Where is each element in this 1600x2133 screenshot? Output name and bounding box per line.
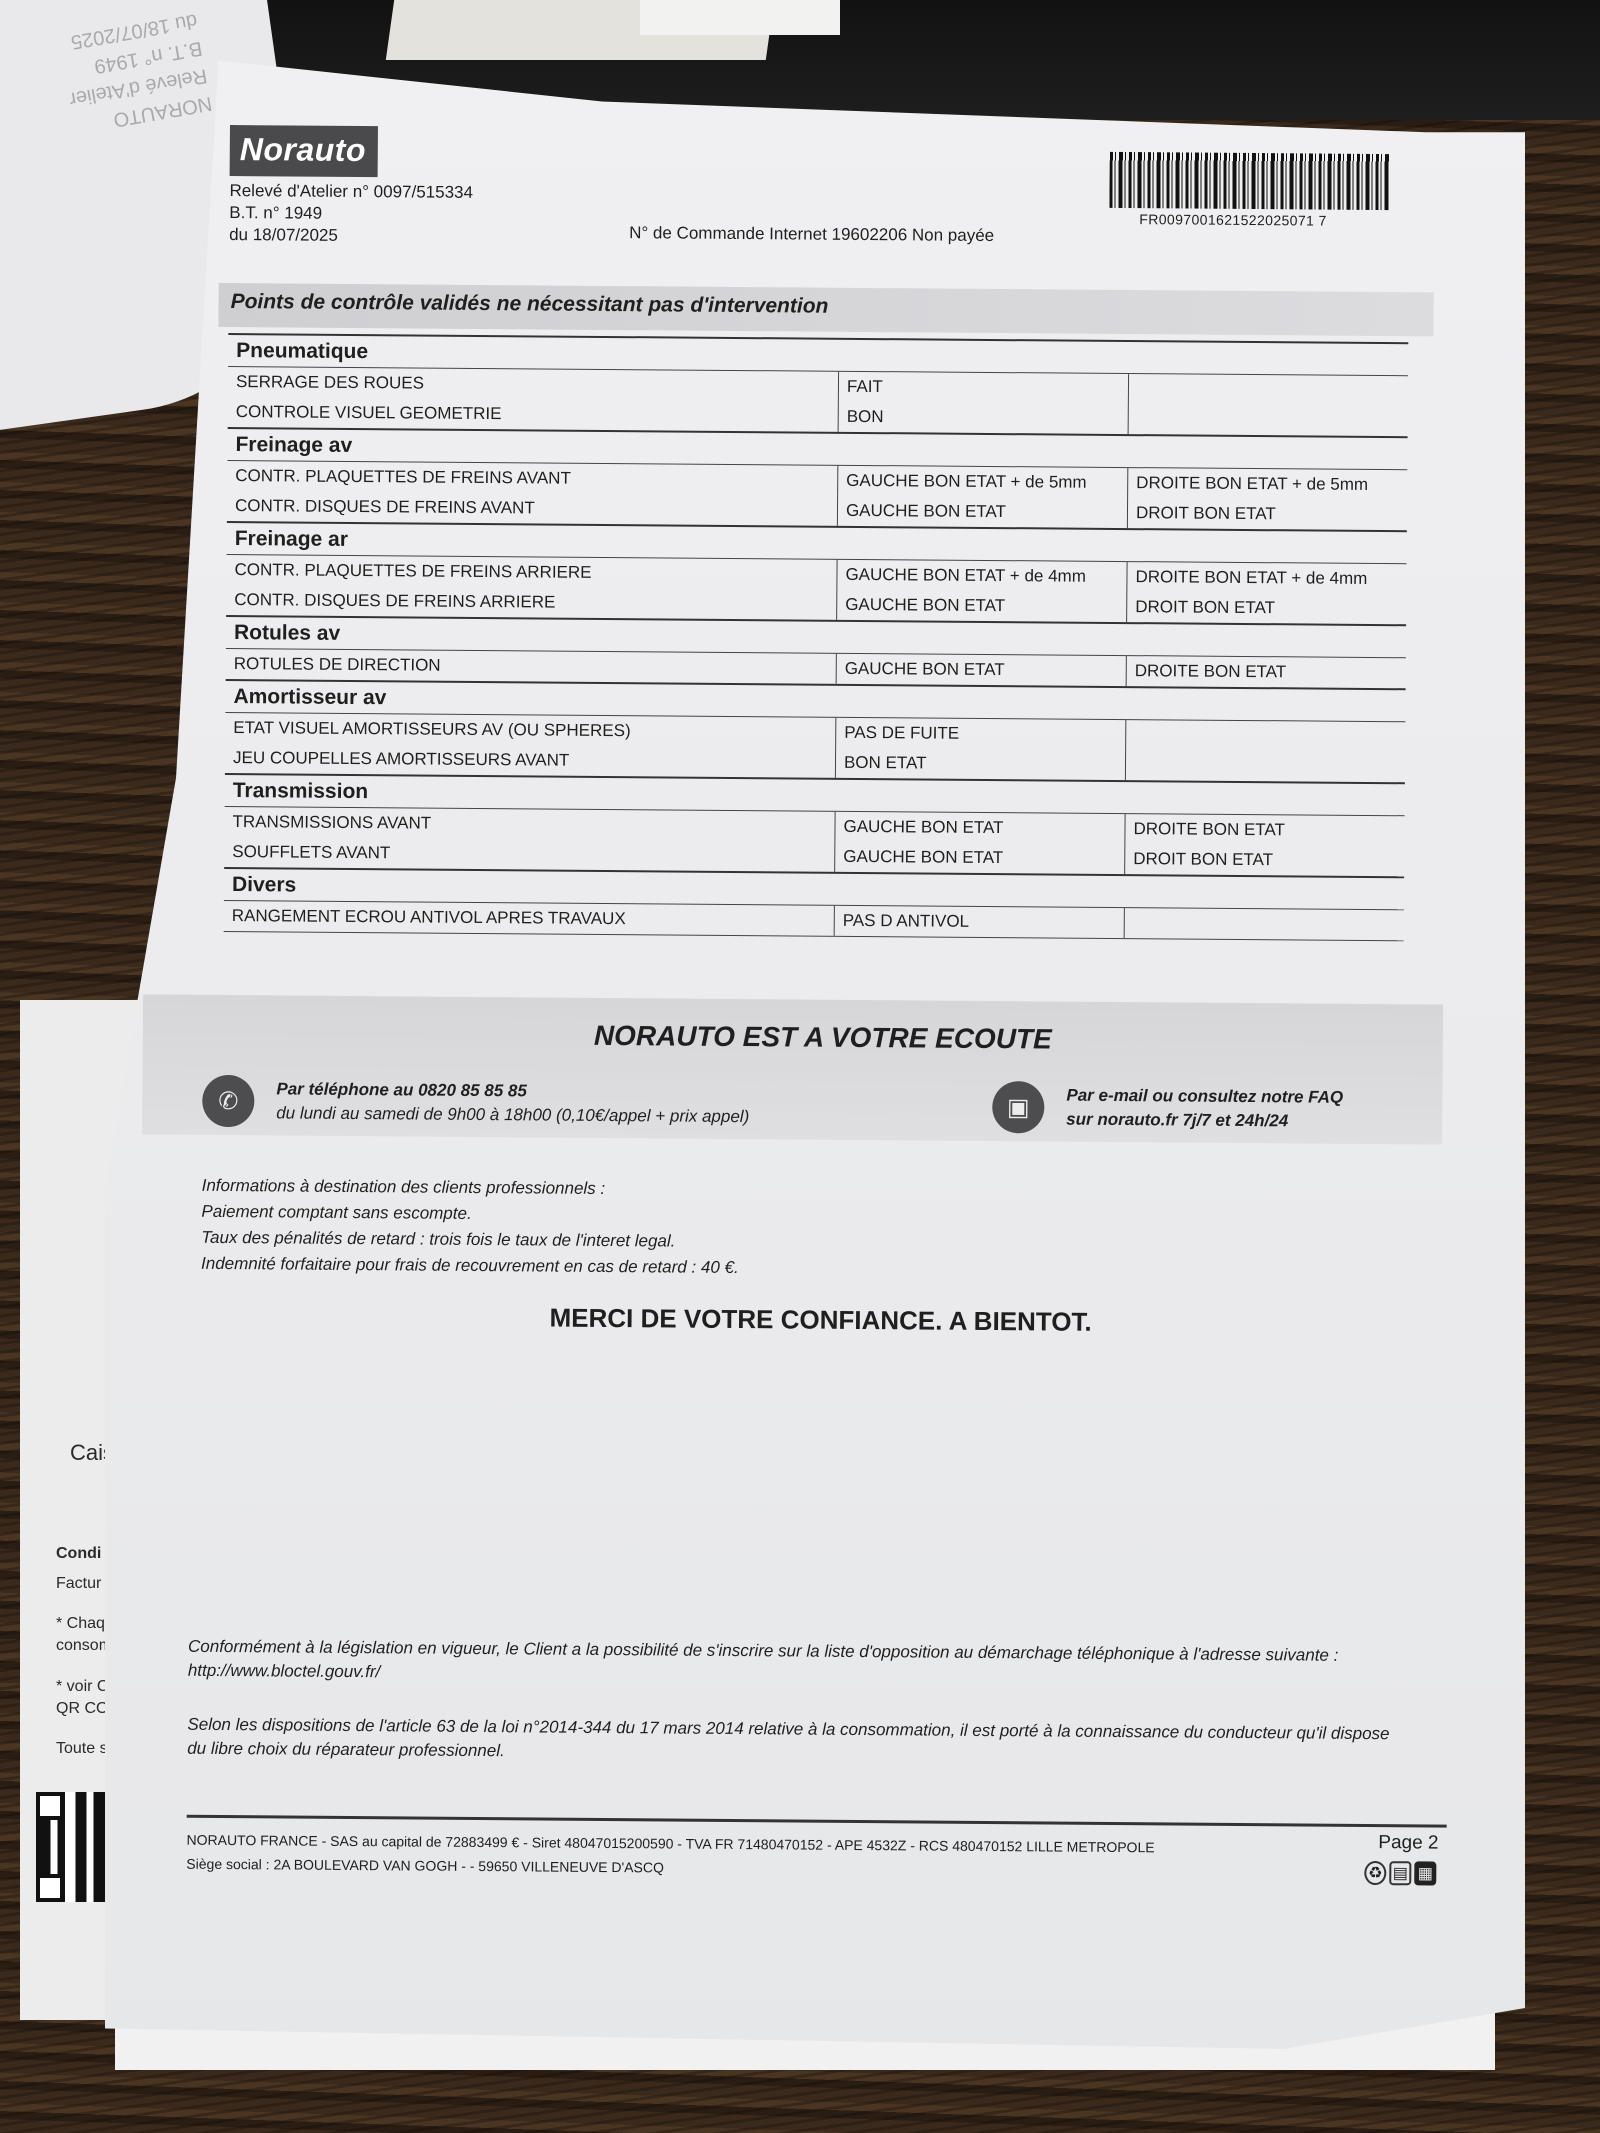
check-result-right: DROITE BON ETAT + de 5mm [1127,468,1407,500]
check-result-left: GAUCHE BON ETAT [834,812,1124,844]
check-result-right: DROITE BON ETAT [1126,656,1406,688]
check-label: SERRAGE DES ROUES [228,367,838,402]
check-label: CONTR. DISQUES DE FREINS ARRIERE [226,585,836,620]
norauto-logo: Norauto [230,125,379,177]
paper-icon: ▤ [1389,1861,1411,1885]
page-number: Page 2 [1378,1832,1438,1854]
phone-line-1: Par téléphone au 0820 85 85 85 [276,1079,527,1100]
category-rows: ETAT VISUEL AMORTISSEURS AV (OU SPHERES)… [225,713,1405,782]
professional-info: Informations à destination des clients p… [201,1173,739,1281]
mail-line-1: Par e-mail ou consultez notre FAQ [1066,1086,1343,1107]
phone-contact: ✆ Par téléphone au 0820 85 85 85 du lund… [202,1075,749,1131]
order-number: N° de Commande Internet 19602206 Non pay… [629,223,994,246]
background-paper [640,0,840,35]
check-label: CONTR. PLAQUETTES DE FREINS AVANT [227,461,837,496]
check-result-right [1128,404,1408,436]
check-result-right [1124,908,1404,940]
check-label: CONTROLE VISUEL GEOMETRIE [228,397,838,432]
check-result-right: DROIT BON ETAT [1124,844,1404,876]
checkpoints-table: PneumatiqueSERRAGE DES ROUESFAITCONTROLE… [224,333,1409,941]
category-rows: CONTR. PLAQUETTES DE FREINS AVANTGAUCHE … [227,461,1407,530]
legal-notices: Conformément à la législation en vigueur… [187,1635,1408,1801]
barcode-bars [1109,152,1389,210]
category-rows: CONTR. PLAQUETTES DE FREINS ARRIEREGAUCH… [226,555,1406,624]
underlying-fragment: Condi [56,1545,101,1563]
check-label: JEU COUPELLES AMORTISSEURS AVANT [225,743,835,778]
check-result-left: GAUCHE BON ETAT [834,842,1124,874]
header: Norauto Relevé d'Atelier n° 0097/515334 … [229,125,1440,255]
check-result-left: GAUCHE BON ETAT + de 4mm [836,560,1126,592]
check-result-left: PAS DE FUITE [835,718,1125,750]
check-label: CONTR. DISQUES DE FREINS AVANT [227,491,837,526]
check-result-right [1125,750,1405,782]
check-result-right [1128,374,1408,406]
page-content: Norauto Relevé d'Atelier n° 0097/515334 … [229,125,1440,255]
underlying-fragment: * Chaq [56,1615,105,1633]
check-result-left: GAUCHE BON ETAT [837,496,1127,528]
check-result-left: FAIT [838,372,1128,404]
check-label: ETAT VISUEL AMORTISSEURS AV (OU SPHERES) [225,713,835,748]
phone-line-2: du lundi au samedi de 9h00 à 18h00 (0,10… [276,1101,749,1129]
barcode: FR0097001621522025071 7 [1109,152,1400,229]
check-result-right [1125,720,1405,752]
section-title: Points de contrôle validés ne nécessitan… [231,290,829,319]
check-label: TRANSMISSIONS AVANT [224,807,834,842]
qr-code [36,1792,108,1902]
legal-free-choice: Selon les dispositions de l'article 63 d… [187,1713,1407,1771]
check-result-left: BON ETAT [835,748,1125,780]
bin-icon: ▦ [1414,1861,1436,1885]
devices-icon: ▣ [992,1081,1044,1133]
check-result-right: DROIT BON ETAT [1127,498,1407,530]
check-label: CONTR. PLAQUETTES DE FREINS ARRIERE [226,555,836,590]
footer: NORAUTO FRANCE - SAS au capital de 72883… [186,1815,1446,1886]
check-result-left: PAS D ANTIVOL [834,906,1124,938]
category-rows: SERRAGE DES ROUESFAITCONTROLE VISUEL GEO… [228,367,1408,436]
check-result-left: GAUCHE BON ETAT + de 5mm [837,466,1127,498]
underlying-fragment: Factur [56,1575,101,1593]
check-label: RANGEMENT ECROU ANTIVOL APRES TRAVAUX [224,901,834,936]
check-label: SOUFFLETS AVANT [224,837,834,872]
pro-info-line: Indemnité forfaitaire pour frais de reco… [201,1251,739,1281]
check-result-left: GAUCHE BON ETAT [836,654,1126,686]
back-sheet-mirrored-text: NORAUTO Relevé d'Atelier B.T. n° 1949 du… [57,6,214,141]
barcode-number: FR0097001621522025071 7 [1139,211,1399,229]
check-label: ROTULES DE DIRECTION [226,649,836,684]
check-result-right: DROITE BON ETAT + de 4mm [1126,562,1406,594]
underlying-fragment: consom [56,1637,112,1655]
underlying-fragment: * voir C [56,1678,108,1696]
mail-line-2: sur norauto.fr 7j/7 et 24h/24 [1066,1110,1288,1131]
check-result-left: BON [838,402,1128,434]
phone-icon: ✆ [202,1075,254,1127]
check-result-right: DROIT BON ETAT [1126,592,1406,624]
recycle-icon: ♻ [1364,1861,1386,1885]
category-rows: TRANSMISSIONS AVANTGAUCHE BON ETATDROITE… [224,807,1404,876]
check-result-left: GAUCHE BON ETAT [836,590,1126,622]
eco-icons: ♻ ▤ ▦ [1364,1861,1436,1886]
legal-bloctel: Conformément à la législation en vigueur… [188,1635,1408,1693]
mail-contact: ▣ Par e-mail ou consultez notre FAQ sur … [992,1081,1343,1136]
check-result-right: DROITE BON ETAT [1124,814,1404,846]
